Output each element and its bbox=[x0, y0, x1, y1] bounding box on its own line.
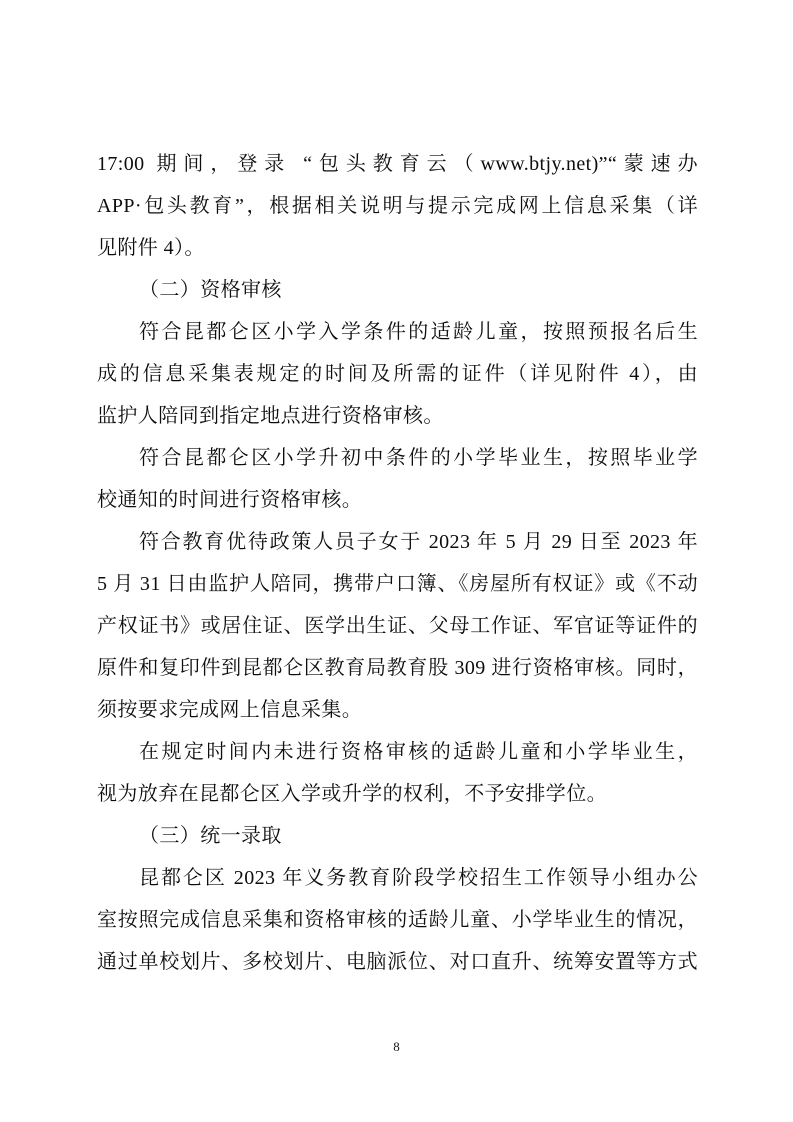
text-line: （二）资格审核 bbox=[97, 269, 698, 311]
text-line: 昆都仑区 2023 年义务教育阶段学校招生工作领导小组办公 bbox=[97, 857, 698, 899]
text-line: 在规定时间内未进行资格审核的适龄儿童和小学毕业生， bbox=[97, 731, 698, 773]
text-line: 室按照完成信息采集和资格审核的适龄儿童、小学毕业生的情况， bbox=[97, 899, 698, 941]
text-line: 原件和复印件到昆都仑区教育局教育股 309 进行资格审核。同时， bbox=[97, 647, 698, 689]
text-line: 通过单校划片、多校划片、电脑派位、对口直升、统筹安置等方式 bbox=[97, 941, 698, 983]
document-page: 17:00 期间，登录 “包头教育云（www.btjy.net)”“蒙速办APP… bbox=[0, 0, 793, 1122]
text-line: 符合教育优待政策人员子女于 2023 年 5 月 29 日至 2023 年 bbox=[97, 521, 698, 563]
text-line: APP·包头教育”，根据相关说明与提示完成网上信息采集（详 bbox=[97, 185, 698, 227]
text-line: 见附件 4）。 bbox=[97, 227, 698, 269]
text-line: 监护人陪同到指定地点进行资格审核。 bbox=[97, 395, 698, 437]
text-line: 5 月 31 日由监护人陪同，携带户口簿、《房屋所有权证》或《不动 bbox=[97, 563, 698, 605]
text-line: 产权证书》或居住证、医学出生证、父母工作证、军官证等证件的 bbox=[97, 605, 698, 647]
text-line: 视为放弃在昆都仑区入学或升学的权利，不予安排学位。 bbox=[97, 773, 698, 815]
text-line: 须按要求完成网上信息采集。 bbox=[97, 689, 698, 731]
text-line: 符合昆都仑区小学入学条件的适龄儿童，按照预报名后生 bbox=[97, 311, 698, 353]
document-body: 17:00 期间，登录 “包头教育云（www.btjy.net)”“蒙速办APP… bbox=[97, 143, 698, 983]
text-line: 符合昆都仑区小学升初中条件的小学毕业生，按照毕业学 bbox=[97, 437, 698, 479]
text-line: 校通知的时间进行资格审核。 bbox=[97, 479, 698, 521]
text-line: （三）统一录取 bbox=[97, 815, 698, 857]
text-line: 17:00 期间，登录 “包头教育云（www.btjy.net)”“蒙速办 bbox=[97, 143, 698, 185]
page-number: 8 bbox=[0, 1038, 793, 1056]
text-line: 成的信息采集表规定的时间及所需的证件（详见附件 4），由 bbox=[97, 353, 698, 395]
